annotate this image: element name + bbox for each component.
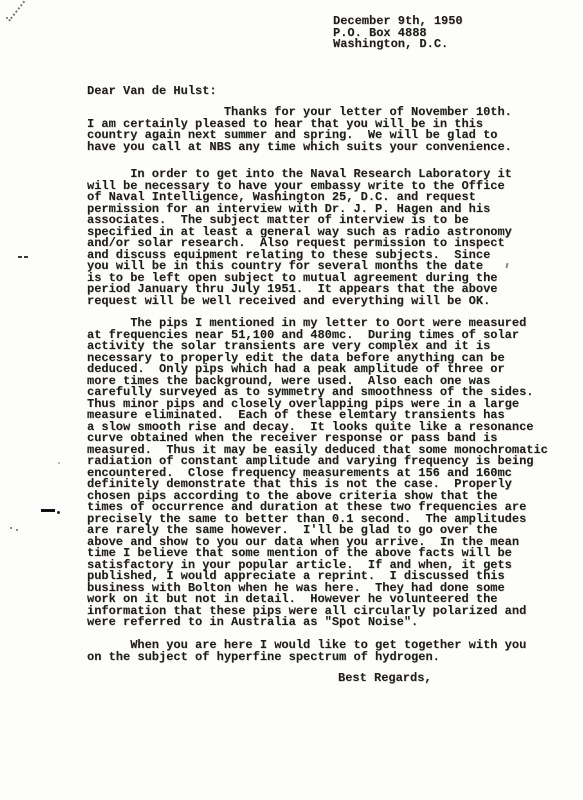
pencil-check-mark [8, 0, 29, 22]
salutation: Dear Van de Hulst: [87, 86, 217, 98]
margin-highlight-dash [41, 509, 55, 512]
closing-signature: Best Regards, [338, 673, 432, 685]
ink-speck [16, 529, 18, 531]
ink-speck [57, 511, 60, 514]
paragraph-pips-measurements: The pips I mentioned in my letter to Oor… [87, 318, 548, 629]
margin-dash-mark [18, 256, 22, 258]
paragraph-thanks: Thanks for your letter of November 10th.… [87, 107, 512, 153]
letter-page: December 9th, 1950 P.O. Box 4888 Washing… [0, 0, 583, 800]
ink-speck [58, 462, 60, 464]
ink-speck [10, 527, 12, 529]
ink-speck [6, 17, 8, 19]
paragraph-naval-research-access: In order to get into the Naval Research … [87, 169, 512, 307]
letterhead: December 9th, 1950 P.O. Box 4888 Washing… [333, 16, 463, 51]
margin-dash-mark [24, 256, 28, 258]
paragraph-hyperfine-spectrum: When you are here I would like to get to… [87, 640, 526, 663]
